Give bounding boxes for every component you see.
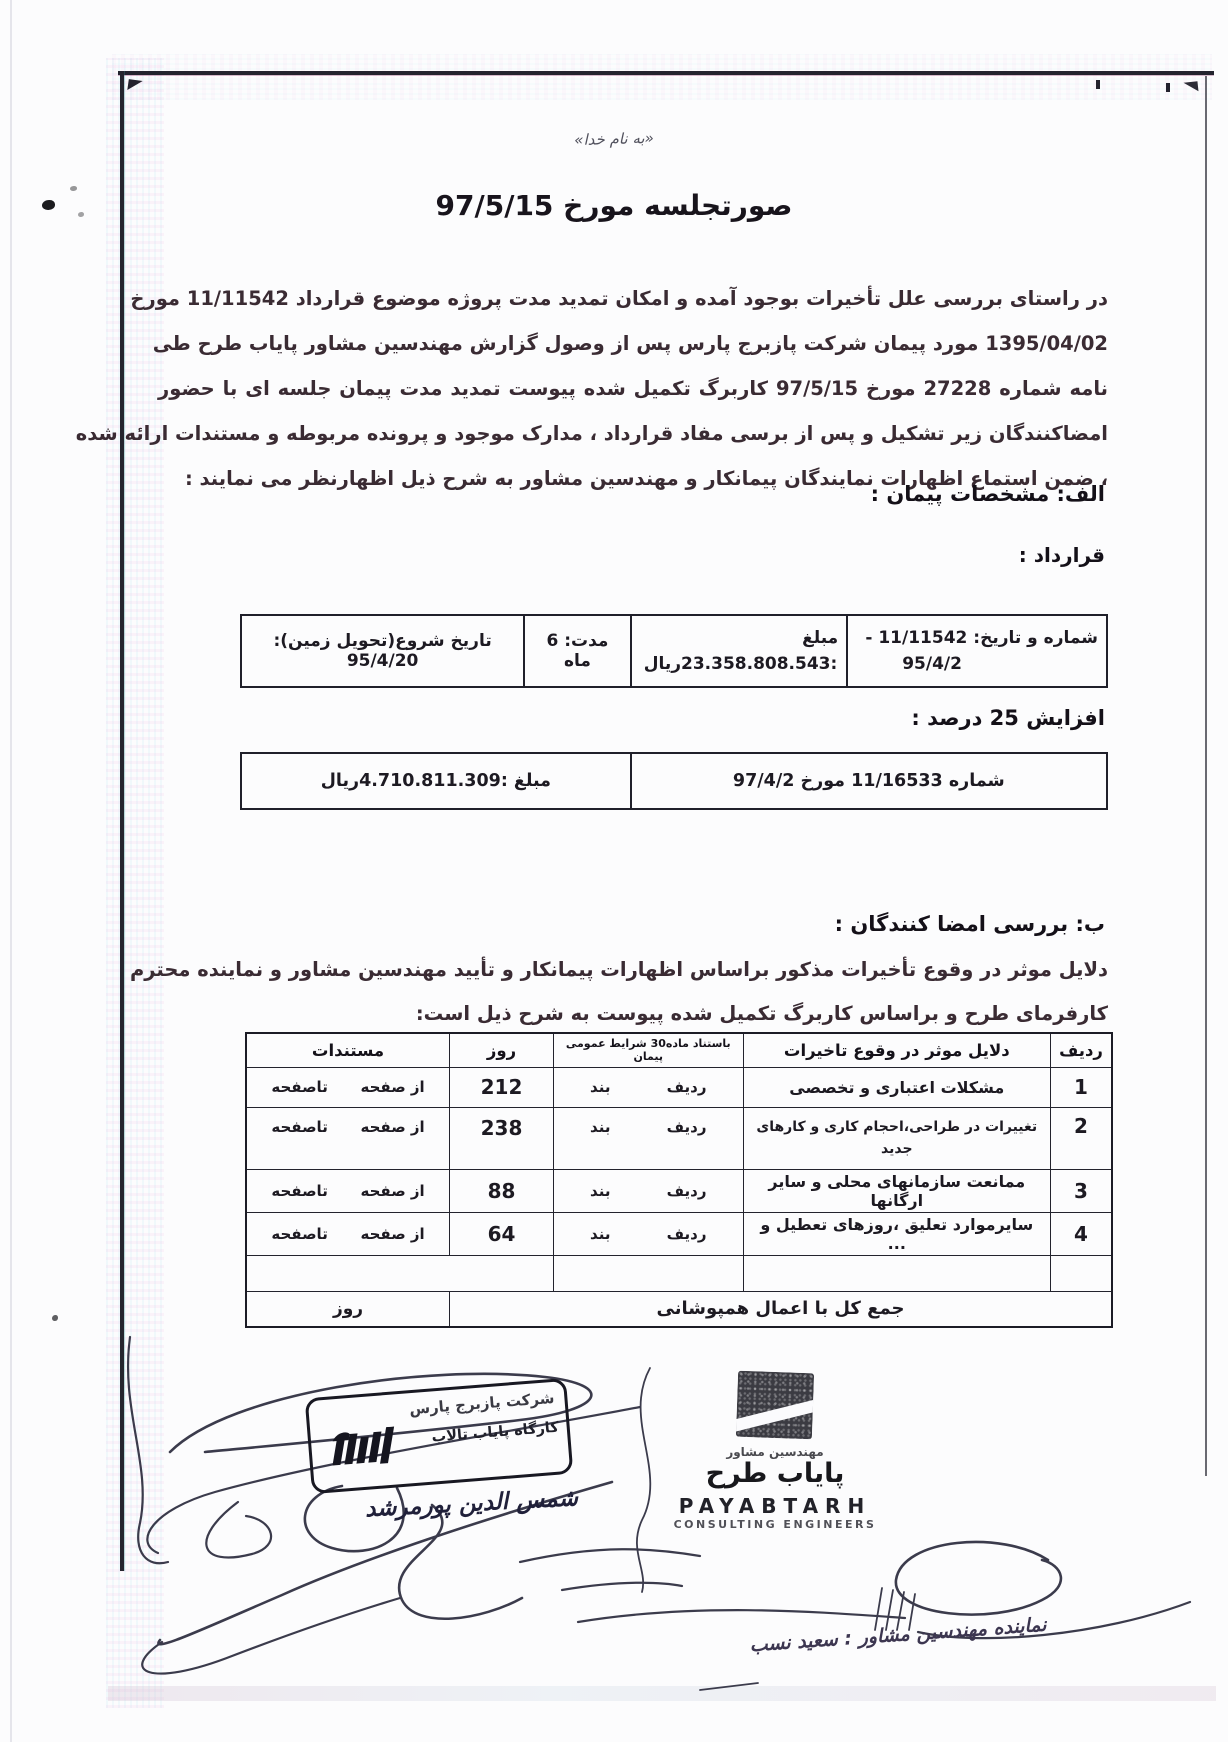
total-row: جمع کل با اعمال همپوشانی روز <box>246 1291 1112 1327</box>
logo-diagonal-stripe <box>736 1398 814 1433</box>
scanned-document-page: «به نام خدا» صورتجلسه مورخ 97/5/15 در را… <box>0 0 1228 1742</box>
basis-row-label: ردیف <box>667 1225 707 1243</box>
page-frame-top-line <box>118 71 1214 75</box>
basis-row-label: ردیف <box>667 1118 707 1136</box>
scan-tick-mark <box>1166 83 1170 92</box>
row-no: 4 <box>1051 1212 1112 1255</box>
corner-mark-right <box>1184 81 1199 92</box>
header-row-no: ردیف <box>1051 1033 1112 1067</box>
row-docs: از صفحهتاصفحه <box>246 1107 450 1169</box>
contract-number-line2: 95/4/2 <box>856 651 1098 677</box>
basis-band-label: بند <box>590 1225 610 1243</box>
basis-band-label: بند <box>590 1182 610 1200</box>
increase-heading: افزایش 25 درصد : <box>911 706 1105 730</box>
consultant-name-farsi: پایاب طرح <box>640 1459 910 1489</box>
row-days: 212 <box>450 1067 554 1107</box>
contract-amount-label: مبلغ <box>640 625 839 651</box>
row-docs: از صفحهتاصفحه <box>246 1212 450 1255</box>
row-no: 1 <box>1051 1067 1112 1107</box>
scan-noise-top <box>112 54 1212 100</box>
page-frame-left-line <box>120 71 124 1571</box>
contract-number-line1: شماره و تاریخ: 11/11542 - <box>856 625 1098 651</box>
consultant-stamp: مهندسین مشاور پایاب طرح PAYABTARH CONSUL… <box>640 1372 910 1531</box>
handwritten-note: نماینده مهندسین مشاور : سعید نسب <box>668 1608 1128 1662</box>
intro-paragraph: در راستای بررسی علل تأخیرات بوجود آمده و… <box>158 276 1108 501</box>
row-docs: از صفحهتاصفحه <box>246 1067 450 1107</box>
header-docs: مستندات <box>246 1033 450 1067</box>
section-b-paragraph: دلایل موثر در وقوع تأخیرات مذکور براساس … <box>158 948 1108 1036</box>
row-reason: تغییرات در طراحی،احجام کاری و کارهای جدی… <box>743 1107 1050 1169</box>
delays-header-row: ردیف دلایل موثر در وقوع تاخیرات باستناد … <box>246 1033 1112 1067</box>
bismillah-text: «به نام خدا» <box>0 114 1228 164</box>
contractor-signer-name: شمس الدین پورمرشد <box>317 1485 578 1525</box>
intro-line: امضاکنندگان زیر تشکیل و پس از برسی مفاد … <box>158 411 1108 456</box>
total-unit-cell: روز <box>246 1291 450 1327</box>
empty-cell <box>553 1255 743 1291</box>
row-basis: ردیفبند <box>553 1169 743 1212</box>
delays-table: ردیف دلایل موثر در وقوع تاخیرات باستناد … <box>245 1032 1113 1316</box>
intro-line: در راستای بررسی علل تأخیرات بوجود آمده و… <box>158 276 1108 321</box>
docs-to-label: تاصفحه <box>271 1225 327 1243</box>
docs-from-label: از صفحه <box>361 1225 425 1243</box>
row-no: 2 <box>1051 1107 1112 1169</box>
section-a-heading: الف: مشخصات پیمان : <box>871 482 1105 506</box>
section-b-heading: ب: بررسی امضا کنندگان : <box>835 912 1105 936</box>
empty-cell <box>1051 1255 1112 1291</box>
consultant-name-latin: PAYABTARH <box>640 1494 910 1518</box>
scan-speck <box>52 1315 58 1321</box>
contractor-stamp: شرکت پازبرج پارس کارگاه پایاب تالاب <box>305 1378 574 1494</box>
docs-to-label: تاصفحه <box>271 1118 327 1136</box>
header-reason: دلایل موثر در وقوع تاخیرات <box>743 1033 1050 1067</box>
section-b-line: کارفرمای طرح و براساس کاربرگ تکمیل شده پ… <box>158 992 1108 1036</box>
docs-from-label: از صفحه <box>361 1078 425 1096</box>
row-basis: ردیفبند <box>553 1212 743 1255</box>
consultant-org-label: مهندسین مشاور <box>640 1445 910 1459</box>
docs-from-label: از صفحه <box>361 1118 425 1136</box>
row-basis: ردیفبند <box>553 1067 743 1107</box>
corner-mark-left <box>127 79 142 92</box>
payab-square-logo <box>736 1371 814 1440</box>
increase-amount-cell: مبلغ :4.710.811.309ریال <box>241 753 631 809</box>
empty-cell <box>246 1255 553 1291</box>
contract-start-date-cell: تاریخ شروع(تحویل زمین): 95/4/20 <box>241 615 524 687</box>
scan-noise-bottom <box>108 1686 1216 1701</box>
row-basis: ردیفبند <box>553 1107 743 1169</box>
row-days: 88 <box>450 1169 554 1212</box>
docs-to-label: تاصفحه <box>271 1182 327 1200</box>
table-row: 2 تغییرات در طراحی،احجام کاری و کارهای ج… <box>246 1107 1112 1169</box>
page-frame-right-line <box>1205 76 1207 1476</box>
contract-duration-cell: مدت: 6 ماه <box>524 615 631 687</box>
row-days: 64 <box>450 1212 554 1255</box>
increase-table: شماره 11/16533 مورخ 97/4/2 مبلغ :4.710.8… <box>240 752 1108 810</box>
basis-band-label: بند <box>590 1118 610 1136</box>
basis-band-label: بند <box>590 1078 610 1096</box>
empty-row <box>246 1255 1112 1291</box>
intro-line: نامه شماره 27228 مورخ 97/5/15 کاربرگ تکم… <box>158 366 1108 411</box>
empty-cell <box>743 1255 1050 1291</box>
basis-row-label: ردیف <box>667 1182 707 1200</box>
basis-row-label: ردیف <box>667 1078 707 1096</box>
table-row: 4 سایرموارد تعلیق ،روزهای تعطیل و ... رد… <box>246 1212 1112 1255</box>
table-row: 3 ممانعت سازمانهای محلی و سایر ارگانها ر… <box>246 1169 1112 1212</box>
scan-edge-line <box>10 0 12 1742</box>
table-row: 1 مشکلات اعتباری و تخصصی ردیفبند 212 از … <box>246 1067 1112 1107</box>
consultant-subtitle-latin: CONSULTING ENGINEERS <box>640 1518 910 1531</box>
increase-number-cell: شماره 11/16533 مورخ 97/4/2 <box>631 753 1107 809</box>
row-no: 3 <box>1051 1169 1112 1212</box>
mb-bars-logo <box>322 1426 403 1472</box>
contractor-stamp-company: شرکت پازبرج پارس <box>308 1389 555 1426</box>
header-basis: باستناد ماده30 شرایط عمومی پیمان <box>553 1033 743 1067</box>
scan-tick-mark <box>1096 80 1100 89</box>
document-title: صورتجلسه مورخ 97/5/15 <box>0 189 1228 222</box>
total-label-cell: جمع کل با اعمال همپوشانی <box>450 1291 1112 1327</box>
intro-line: 1395/04/02 مورد پیمان شرکت پازبرج پارس پ… <box>158 321 1108 366</box>
contract-amount-value: :23.358.808.543ریال <box>640 651 839 677</box>
row-days: 238 <box>450 1107 554 1169</box>
row-reason: سایرموارد تعلیق ،روزهای تعطیل و ... <box>743 1212 1050 1255</box>
row-docs: از صفحهتاصفحه <box>246 1169 450 1212</box>
row-reason: ممانعت سازمانهای محلی و سایر ارگانها <box>743 1169 1050 1212</box>
section-b-line: دلایل موثر در وقوع تأخیرات مذکور براساس … <box>158 948 1108 992</box>
header-days: روز <box>450 1033 554 1067</box>
contract-number-date-cell: شماره و تاریخ: 11/11542 - 95/4/2 <box>847 615 1107 687</box>
signatures-overlay <box>0 1280 1228 1742</box>
contract-table: شماره و تاریخ: 11/11542 - 95/4/2 مبلغ :2… <box>240 614 1108 688</box>
contract-subheading: قرارداد : <box>1019 543 1105 567</box>
contract-amount-cell: مبلغ :23.358.808.543ریال <box>631 615 848 687</box>
docs-to-label: تاصفحه <box>271 1078 327 1096</box>
row-reason: مشکلات اعتباری و تخصصی <box>743 1067 1050 1107</box>
docs-from-label: از صفحه <box>361 1182 425 1200</box>
